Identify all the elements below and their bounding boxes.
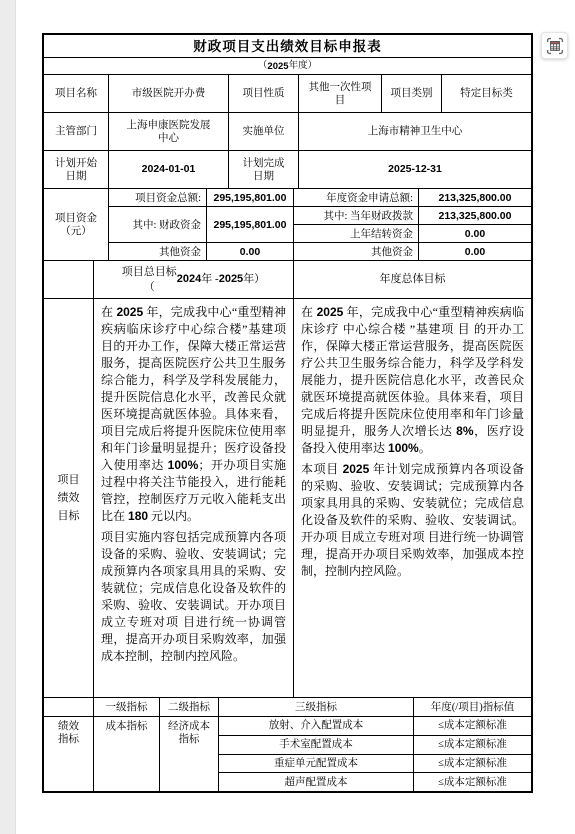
indicator-row-icu: 重症单元配置成本 ≤成本定额标准 — [219, 755, 531, 774]
project-funds-label: 项目资金 （元） — [44, 189, 109, 260]
overall-goal-paragraph-2: 项目实施内容包括完成预算内各项设备的采购、验收、安装调试；完成预算内各项家具用具… — [101, 529, 286, 665]
annual-request-total-value: 213,325,800.00 — [419, 189, 531, 207]
other-funds-value: 0.00 — [207, 243, 293, 260]
table-capture-button[interactable] — [541, 32, 568, 59]
form-title: 财政项目支出绩效目标申报表 — [44, 35, 531, 57]
current-year-appropriation-value: 213,325,800.00 — [419, 207, 531, 225]
project-name-label: 项目名称 — [44, 75, 109, 112]
indicator-row-radiology: 放射、介入配置成本 ≤成本定额标准 — [219, 717, 531, 736]
indicator-corner-cell — [44, 698, 94, 716]
total-funds-label: 项目资金总额: — [109, 189, 206, 207]
planned-end-date-label: 计划完成 日期 — [229, 151, 299, 188]
cost-indicator-cell: 成本指标 — [94, 717, 160, 791]
overall-goal-text: 在 2025 年，完成我中心“重型精神疾病临床诊疗中心综合楼”基建项目的开办工作… — [94, 299, 294, 697]
overall-goal-header: 项目总目标 （2024 年 -2025年） — [94, 261, 294, 298]
annual-goal-paragraph-1: 在 2025 年，完成我中心“重型精神疾病临床诊疗 中心综合楼 ”基建项 目 的… — [301, 304, 524, 457]
page-gutter — [0, 0, 16, 834]
level3-indicator-header: 三级指标 — [219, 698, 414, 716]
goals-label-spacer — [44, 261, 94, 298]
current-year-appropriation-label: 其中: 当年财政拨款 — [294, 207, 418, 225]
table-capture-icon — [546, 37, 564, 55]
supervising-department-label: 主管部门 — [44, 113, 109, 150]
total-funds-value: 295,195,801.00 — [207, 189, 293, 207]
annual-other-funds-value: 0.00 — [419, 243, 531, 260]
indicator-value: ≤成本定额标准 — [414, 773, 531, 791]
indicator-name: 超声配置成本 — [219, 773, 414, 791]
annual-indicator-value-header: 年度(/项目)指标值 — [414, 698, 531, 716]
funding-left-values: 295,195,801.00 295,195,801.00 0.00 — [207, 189, 294, 260]
level1-indicator-header: 一级指标 — [94, 698, 160, 716]
project-category-label: 项目类别 — [382, 75, 442, 112]
annual-goal-text: 在 2025 年，完成我中心“重型精神疾病临床诊疗 中心综合楼 ”基建项 目 的… — [294, 299, 531, 697]
economic-cost-indicator-cell: 经济成本 指标 — [160, 717, 219, 791]
performance-indicator-label: 绩效 指标 — [44, 717, 94, 791]
screenshot-root: { "doc": { "title": "财政项目支出绩效目标申报表", "ye… — [0, 0, 575, 834]
funding-right-names: 年度资金申请总额: 其中: 当年财政拨款 上年结转资金 其他资金 — [294, 189, 419, 260]
level2-indicator-header: 二级指标 — [160, 698, 219, 716]
annual-other-funds-label: 其他资金 — [294, 243, 418, 260]
funding-right-values: 213,325,800.00 213,325,800.00 0.00 0.00 — [419, 189, 531, 260]
annual-goal-header: 年度总体目标 — [294, 261, 531, 298]
project-nature-value: 其他一次性项 目 — [299, 75, 382, 112]
indicator-name: 重症单元配置成本 — [219, 755, 414, 773]
fiscal-funds-value: 295,195,801.00 — [207, 207, 293, 243]
planned-start-date-value: 2024-01-01 — [109, 151, 229, 188]
annual-goal-paragraph-2: 本项目 2025 年计划完成预算内各项设备的采购、验收、安装调试；完成预算内各项… — [301, 461, 524, 580]
level3-indicator-rows: 放射、介入配置成本 ≤成本定额标准 手术室配置成本 ≤成本定额标准 重症单元配置… — [219, 717, 531, 791]
indicator-value: ≤成本定额标准 — [414, 717, 531, 735]
project-nature-label: 项目性质 — [229, 75, 299, 112]
indicator-name: 放射、介入配置成本 — [219, 717, 414, 735]
indicator-row-operating-room: 手术室配置成本 ≤成本定额标准 — [219, 736, 531, 755]
project-category-value: 特定目标类 — [442, 75, 531, 112]
funding-left-names: 项目资金总额: 其中: 财政资金 其他资金 — [109, 189, 207, 260]
carryover-funds-label: 上年结转资金 — [294, 225, 418, 243]
indicator-value: ≤成本定额标准 — [414, 755, 531, 773]
implementing-unit-label: 实施单位 — [229, 113, 299, 150]
planned-end-date-value: 2025-12-31 — [299, 151, 531, 188]
indicator-name: 手术室配置成本 — [219, 736, 414, 754]
supervising-department-value: 上海申康医院发展 中心 — [109, 113, 229, 150]
carryover-funds-value: 0.00 — [419, 225, 531, 243]
implementing-unit-value: 上海市精神卫生中心 — [299, 113, 531, 150]
indicator-value: ≤成本定额标准 — [414, 736, 531, 754]
planned-start-date-label: 计划开始 日期 — [44, 151, 109, 188]
project-name-value: 市级医院开办费 — [109, 75, 229, 112]
annual-request-total-label: 年度资金申请总额: — [294, 189, 418, 207]
other-funds-label: 其他资金 — [109, 243, 206, 260]
indicator-row-ultrasound: 超声配置成本 ≤成本定额标准 — [219, 773, 531, 791]
overall-goal-paragraph-1: 在 2025 年，完成我中心“重型精神疾病临床诊疗中心综合楼”基建项目的开办工作… — [101, 304, 286, 525]
performance-target-declaration-form: 财政项目支出绩效目标申报表 （2025 年度） 项目名称 市级医院开办费 项目性… — [42, 33, 533, 793]
fiscal-funds-label: 其中: 财政资金 — [109, 207, 206, 243]
project-performance-goal-label: 项目 绩效 目标 — [44, 299, 94, 697]
form-year: （2025 年度） — [44, 58, 531, 74]
